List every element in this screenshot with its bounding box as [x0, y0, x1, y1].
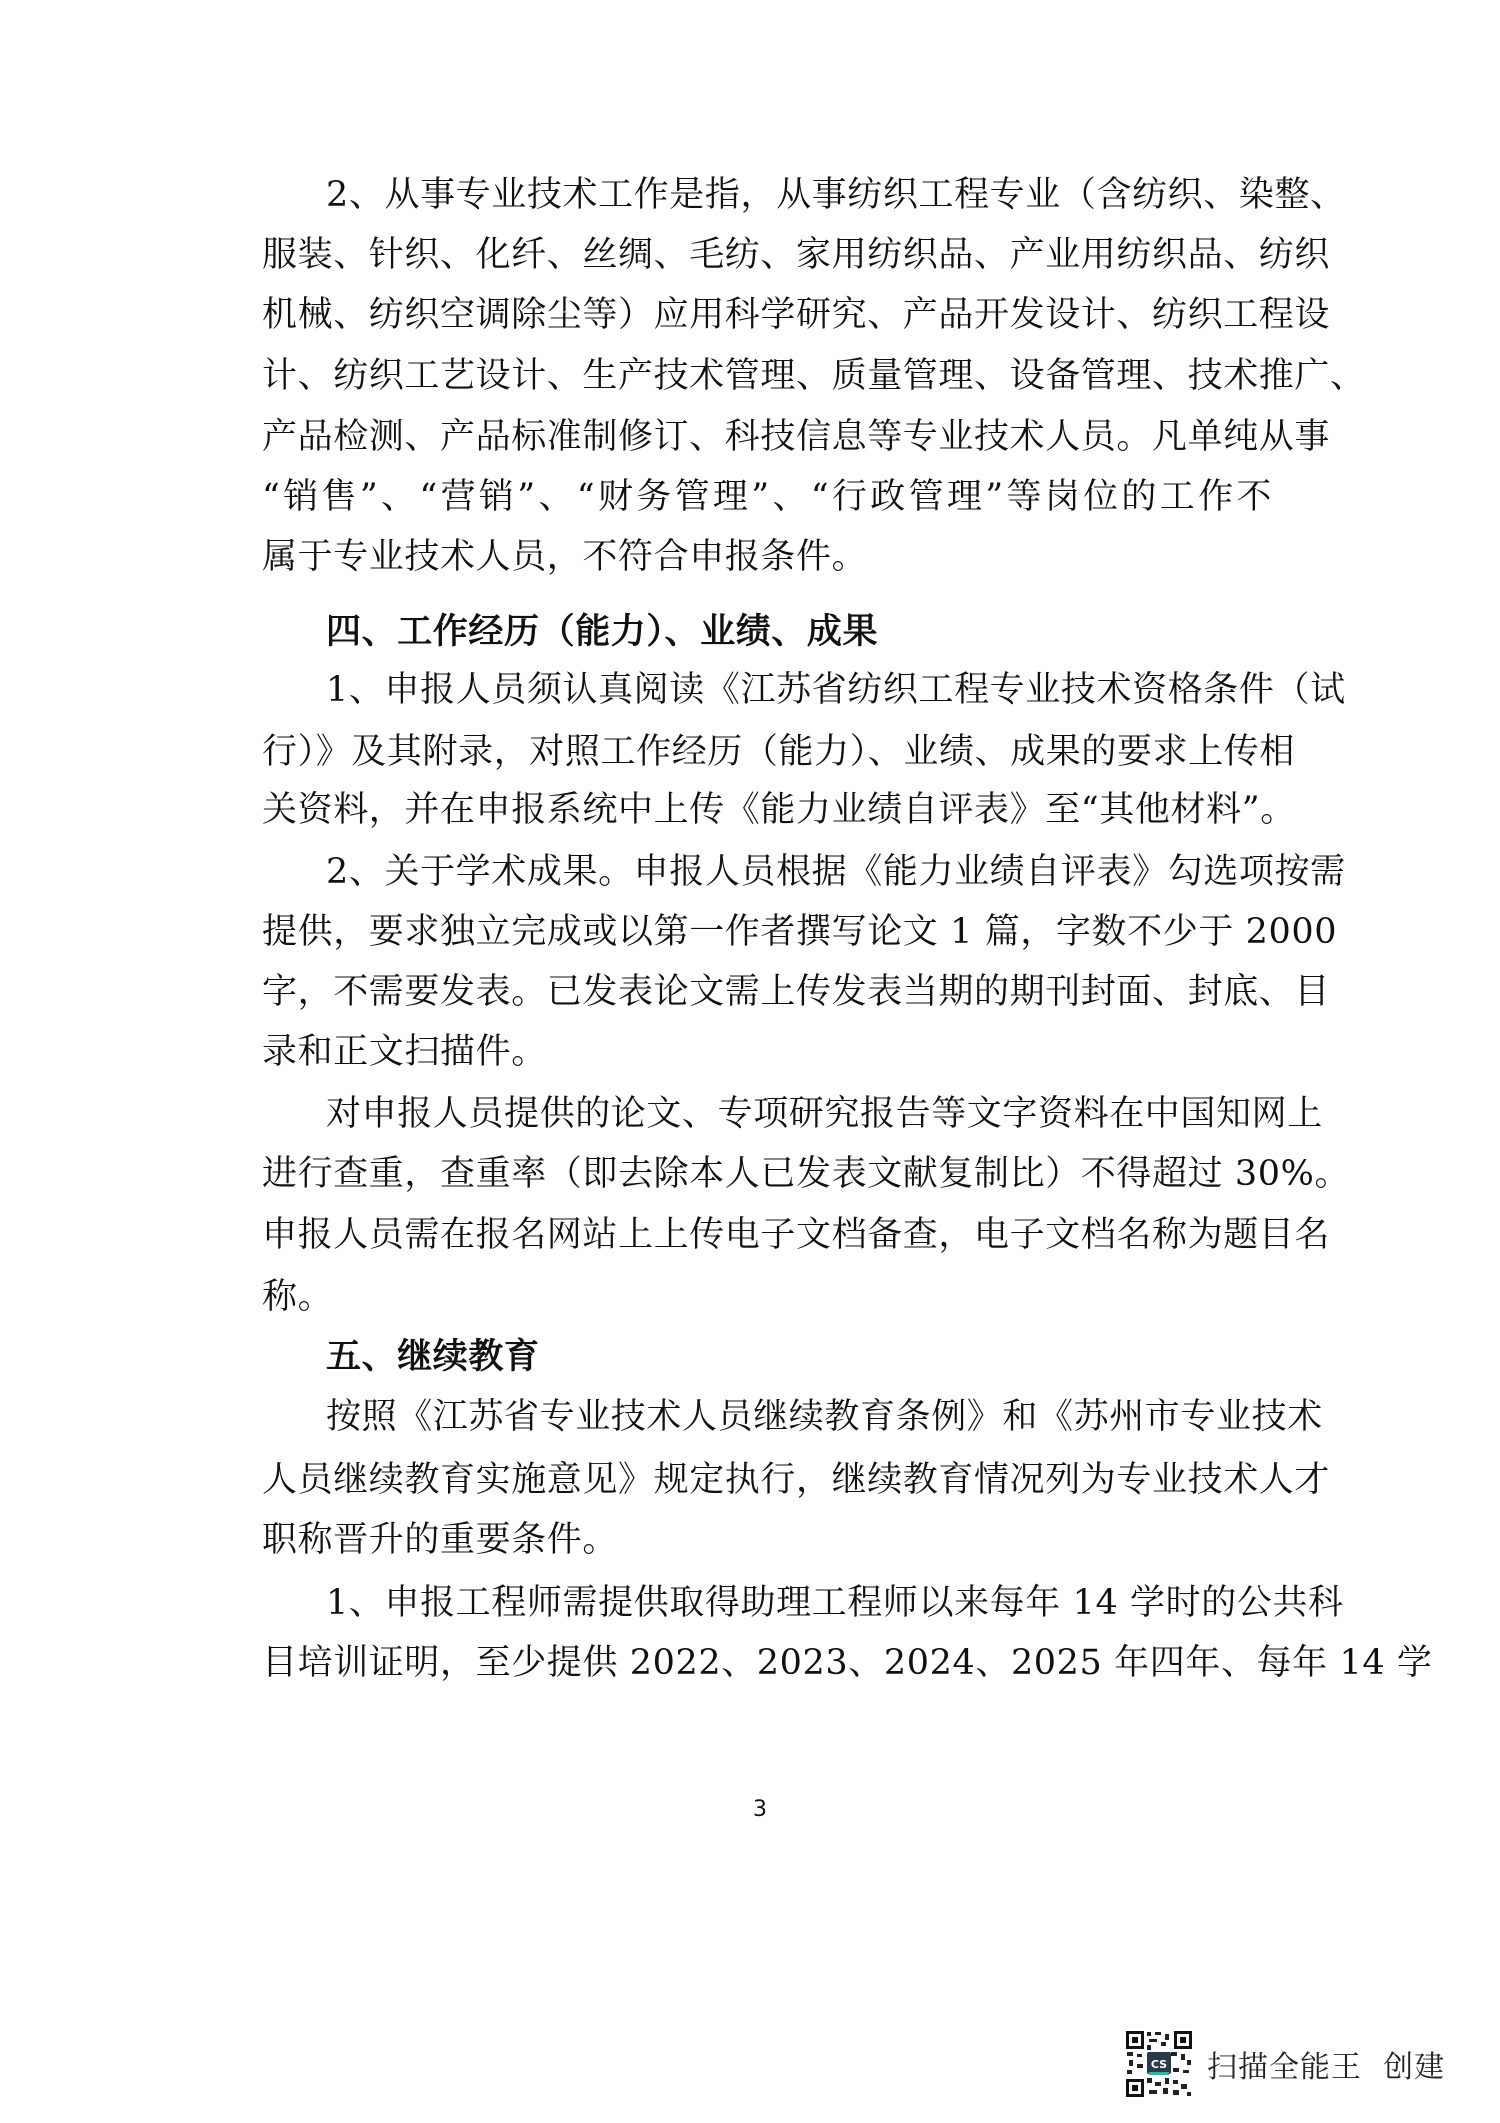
body-line: 产品检测、产品标准制修订、科技信息等专业技术人员。凡单纯从事 — [262, 415, 1272, 459]
paragraph-last-line: 职称晋升的重要条件。 — [262, 1518, 1272, 1562]
paragraph-last-line: 属于专业技术人员，不符合申报条件。 — [262, 535, 1272, 579]
svg-text:CS: CS — [1151, 2058, 1167, 2071]
section-heading: 五、继续教育 — [326, 1335, 1272, 1379]
paragraph-first-line: 对申报人员提供的论文、专项研究报告等文字资料在中国知网上 — [326, 1092, 1272, 1136]
paragraph-first-line: 2、关于学术成果。申报人员根据《能力业绩自评表》勾选项按需 — [326, 850, 1272, 894]
body-line: 提供，要求独立完成或以第一作者撰写论文 1 篇，字数不少于 2000 — [262, 910, 1272, 954]
document-page: 2、从事专业技术工作是指，从事纺织工程专业（含纺织、染整、服装、针织、化纤、丝绸… — [0, 0, 1500, 2123]
body-line: “销售”、“营销”、“财务管理”、“行政管理”等岗位的工作不 — [262, 475, 1272, 519]
body-line: 字，不需要发表。已发表论文需上传发表当期的期刊封面、封底、目 — [262, 970, 1272, 1014]
body-line: 行）》及其附录，对照工作经历（能力）、业绩、成果的要求上传相 — [262, 730, 1272, 774]
scanner-watermark: CS 扫描全能王 创建 — [1125, 2030, 1445, 2098]
body-line: 计、纺织工艺设计、生产技术管理、质量管理、设备管理、技术推广、 — [262, 354, 1272, 398]
paragraph-last-line: 称。 — [262, 1275, 1272, 1319]
section-heading: 四、工作经历（能力）、业绩、成果 — [326, 610, 1272, 654]
paragraph-first-line: 2、从事专业技术工作是指，从事纺织工程专业（含纺织、染整、 — [326, 173, 1272, 217]
body-line: 关资料，并在申报系统中上传《能力业绩自评表》至“其他材料”。 — [262, 788, 1272, 832]
body-line: 申报人员需在报名网站上上传电子文档备查，电子文档名称为题目名 — [262, 1213, 1272, 1257]
body-line: 进行查重，查重率（即去除本人已发表文献复制比）不得超过 30%。 — [262, 1152, 1272, 1196]
body-line: 服装、针织、化纤、丝绸、毛纺、家用纺织品、产业用纺织品、纺织 — [262, 233, 1272, 277]
watermark-text: 扫描全能王 创建 — [1207, 2042, 1445, 2086]
paragraph-first-line: 按照《江苏省专业技术人员继续教育条例》和《苏州市专业技术 — [326, 1395, 1272, 1439]
page-number: 3 — [745, 1797, 775, 1822]
paragraph-first-line: 1、申报工程师需提供取得助理工程师以来每年 14 学时的公共科 — [326, 1581, 1272, 1625]
qr-code-icon: CS — [1125, 2030, 1193, 2098]
paragraph-first-line: 1、申报人员须认真阅读《江苏省纺织工程专业技术资格条件（试 — [326, 668, 1272, 712]
paragraph-last-line: 录和正文扫描件。 — [262, 1030, 1272, 1074]
body-line: 目培训证明，至少提供 2022、2023、2024、2025 年四年、每年 14… — [262, 1641, 1272, 1685]
body-line: 人员继续教育实施意见》规定执行，继续教育情况列为专业技术人才 — [262, 1458, 1272, 1502]
body-line: 机械、纺织空调除尘等）应用科学研究、产品开发设计、纺织工程设 — [262, 293, 1272, 337]
